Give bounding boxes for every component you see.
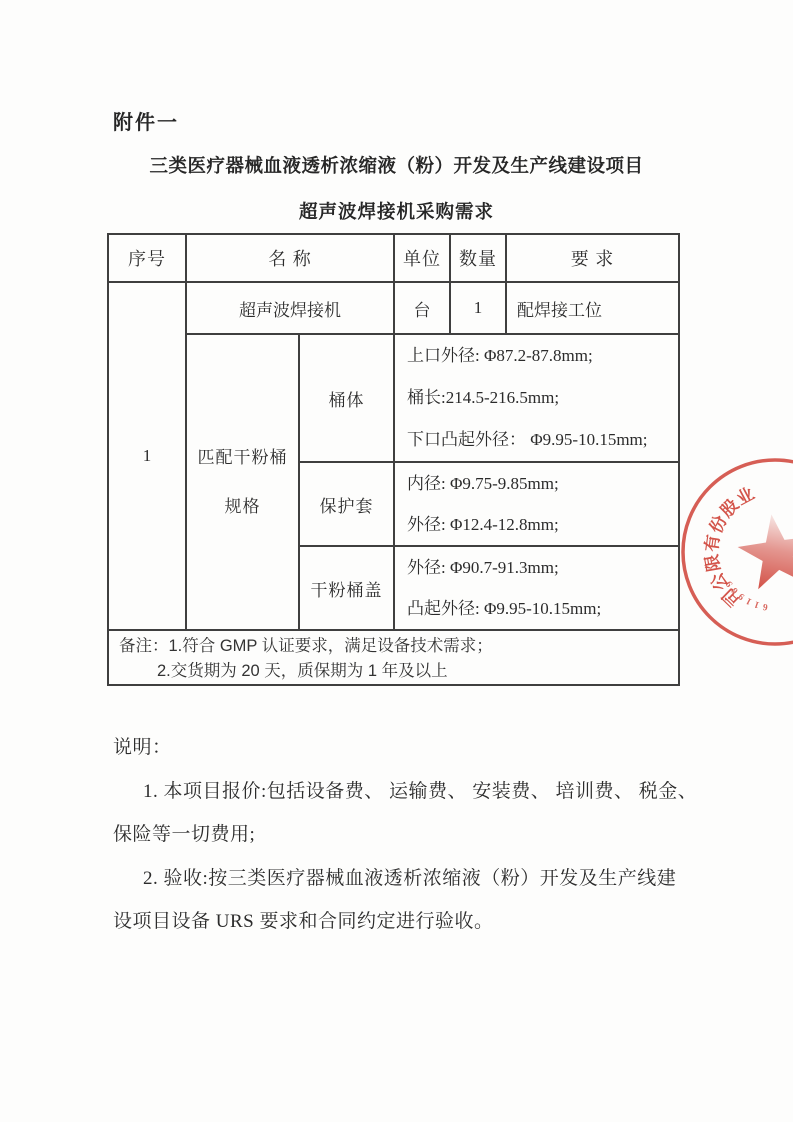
stamp-serial-digits: 9 6 9 1 1 6 <box>724 578 768 611</box>
remarks-line-1: 备注：1.符合 GMP 认证要求，满足设备技术需求； <box>119 634 678 659</box>
item-unit: 台 <box>394 282 450 334</box>
document-subtitle: 超声波焊接机采购需求 <box>0 198 793 224</box>
item-name: 超声波焊接机 <box>186 282 394 334</box>
stamp-arc-char: 司 <box>718 585 743 610</box>
stamp-digit: 6 <box>730 585 741 596</box>
notes-paragraph-1-line-2: 保险等一切费用; <box>113 813 685 857</box>
item-row: 1 超声波焊接机 台 1 配焊接工位 <box>108 282 679 334</box>
stamp-arc-char: 业 <box>733 484 757 509</box>
spec-line: 下口凸起外径： Φ9.95-10.15mm; <box>395 419 678 461</box>
notes-heading: 说明： <box>113 726 685 770</box>
spec-line: 内径: Φ9.75-9.85mm; <box>395 463 678 504</box>
specs-barrel-body: 上口外径: Φ87.2-87.8mm; 桶长:214.5-216.5mm; 下口… <box>394 334 679 462</box>
spec-group-label-line1: 匹配干粉桶 <box>187 433 298 482</box>
stamp-digit: 9 <box>737 590 747 601</box>
col-header-qty: 数量 <box>450 234 506 282</box>
notes-paragraph-1-line-1: 1. 本项目报价:包括设备费、 运输费、 安装费、 培训费、 税金、 <box>113 770 685 814</box>
stamp-arc-char: 有 <box>701 533 723 553</box>
document-title: 三类医疗器械血液透析浓缩液（粉）开发及生产线建设项目 <box>0 152 793 178</box>
spec-group-label: 匹配干粉桶 规格 <box>186 334 299 630</box>
sub-label-protective-sleeve: 保护套 <box>299 462 394 546</box>
spec-line: 桶长:214.5-216.5mm; <box>395 377 678 419</box>
notes-paragraph-2-line-1: 2. 验收:按三类医疗器械血液透析浓缩液（粉）开发及生产线建 <box>113 857 685 901</box>
stamp-digit: 1 <box>753 598 761 609</box>
col-header-req: 要 求 <box>506 234 679 282</box>
spec-line: 外径: Φ90.7-91.3mm; <box>395 547 678 588</box>
table-header-row: 序号 名 称 单位 数量 要 求 <box>108 234 679 282</box>
remarks-cell: 备注：1.符合 GMP 认证要求，满足设备技术需求； 2.交货期为 20 天，质… <box>108 630 679 685</box>
stamp-digit: 1 <box>745 595 754 606</box>
col-header-seq: 序号 <box>108 234 186 282</box>
document-page: 附件一 三类医疗器械血液透析浓缩液（粉）开发及生产线建设项目 超声波焊接机采购需… <box>0 0 793 1122</box>
stamp-arc-char: 限 <box>702 553 724 573</box>
remarks-line-2: 2.交货期为 20 天，质保期为 1 年及以上 <box>119 659 678 684</box>
spec-line: 外径: Φ12.4-12.8mm; <box>395 504 678 545</box>
remarks-row: 备注：1.符合 GMP 认证要求，满足设备技术需求； 2.交货期为 20 天，质… <box>108 630 679 685</box>
stamp-arc-char: 股 <box>717 495 743 521</box>
stamp-company-arc-text: 业 股 份 有 限 公 司 <box>701 484 757 610</box>
specs-barrel-lid: 外径: Φ90.7-91.3mm; 凸起外径: Φ9.95-10.15mm; <box>394 546 679 630</box>
spec-row-barrel-body: 匹配干粉桶 规格 桶体 上口外径: Φ87.2-87.8mm; 桶长:214.5… <box>108 334 679 462</box>
item-seq: 1 <box>108 282 186 630</box>
procurement-table: 序号 名 称 单位 数量 要 求 1 超声波焊接机 台 1 配焊接工位 匹配干粉… <box>107 233 680 686</box>
stamp-star-icon <box>731 510 793 597</box>
spec-group-label-line2: 规格 <box>187 482 298 531</box>
item-requirement: 配焊接工位 <box>506 282 679 334</box>
stamp-arc-char: 公 <box>707 570 732 594</box>
stamp-digit: 6 <box>762 601 769 612</box>
spec-line: 上口外径: Φ87.2-87.8mm; <box>395 335 678 377</box>
attachment-label: 附件一 <box>113 106 179 135</box>
spec-line: 凸起外径: Φ9.95-10.15mm; <box>395 588 678 629</box>
specs-protective-sleeve: 内径: Φ9.75-9.85mm; 外径: Φ12.4-12.8mm; <box>394 462 679 546</box>
notes-section: 说明： 1. 本项目报价:包括设备费、 运输费、 安装费、 培训费、 税金、 保… <box>113 726 685 944</box>
stamp-arc-char: 份 <box>705 512 730 536</box>
col-header-unit: 单位 <box>394 234 450 282</box>
col-header-name: 名 称 <box>186 234 394 282</box>
sub-label-barrel-lid: 干粉桶盖 <box>299 546 394 630</box>
item-qty: 1 <box>450 282 506 334</box>
stamp-outer-ring <box>683 460 793 644</box>
sub-label-barrel-body: 桶体 <box>299 334 394 462</box>
notes-paragraph-2-line-2: 设项目设备 URS 要求和合同约定进行验收。 <box>113 900 685 944</box>
stamp-digit: 9 <box>724 578 735 588</box>
